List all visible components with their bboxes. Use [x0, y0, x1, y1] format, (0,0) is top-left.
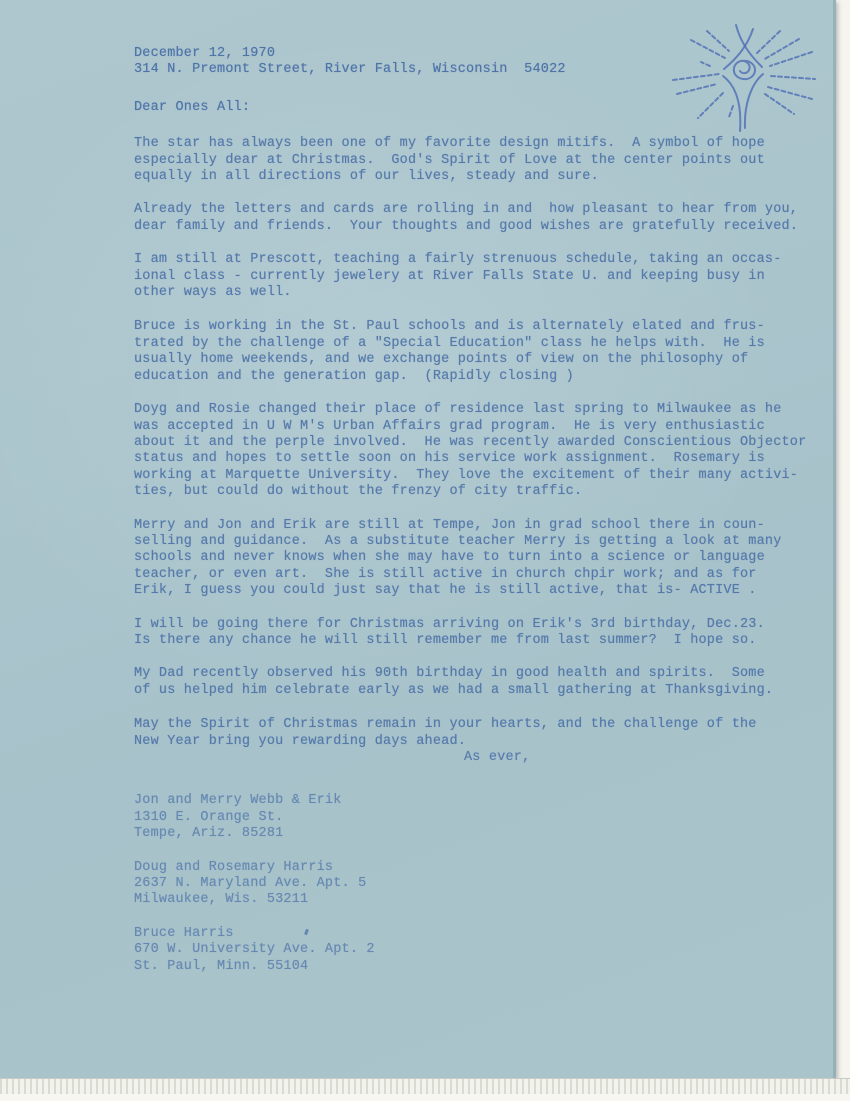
salutation: Dear Ones All: — [134, 100, 850, 116]
plastic-sleeve-ribbed-edge — [0, 1078, 850, 1094]
paragraph-bruce: Bruce is working in the St. Paul schools… — [134, 319, 850, 385]
sleeve-bottom-edge — [0, 1094, 850, 1101]
return-address: 314 N. Premont Street, River Falls, Wisc… — [134, 62, 850, 78]
letter-date: December 12, 1970 — [134, 46, 850, 62]
address-webb-family: Jon and Merry Webb & Erik 1310 E. Orange… — [134, 793, 850, 842]
paragraph-merry-jon-erik: Merry and Jon and Erik are still at Temp… — [134, 518, 850, 600]
paragraph-dad-birthday: My Dad recently observed his 90th birthd… — [134, 666, 850, 699]
address-harris-bruce: Bruce Harris 670 W. University Ave. Apt.… — [134, 926, 850, 975]
paragraph-letters-cards: Already the letters and cards are rollin… — [134, 202, 850, 235]
paragraph-doug-rosie: Doyg and Rosie changed their place of re… — [134, 402, 850, 500]
closing-as-ever: As ever, — [134, 750, 850, 766]
address-harris-doug: Doug and Rosemary Harris 2637 N. Marylan… — [134, 860, 850, 909]
paragraph-star-motif: The star has always been one of my favor… — [134, 136, 850, 185]
letter-body: December 12, 1970 314 N. Premont Street,… — [134, 0, 850, 975]
paragraph-prescott: I am still at Prescott, teaching a fairl… — [134, 252, 850, 301]
scanned-letter-page: December 12, 1970 314 N. Premont Street,… — [0, 0, 850, 1101]
paragraph-spirit-of-christmas: May the Spirit of Christmas remain in yo… — [134, 717, 850, 750]
paragraph-christmas-visit: I will be going there for Christmas arri… — [134, 617, 850, 650]
